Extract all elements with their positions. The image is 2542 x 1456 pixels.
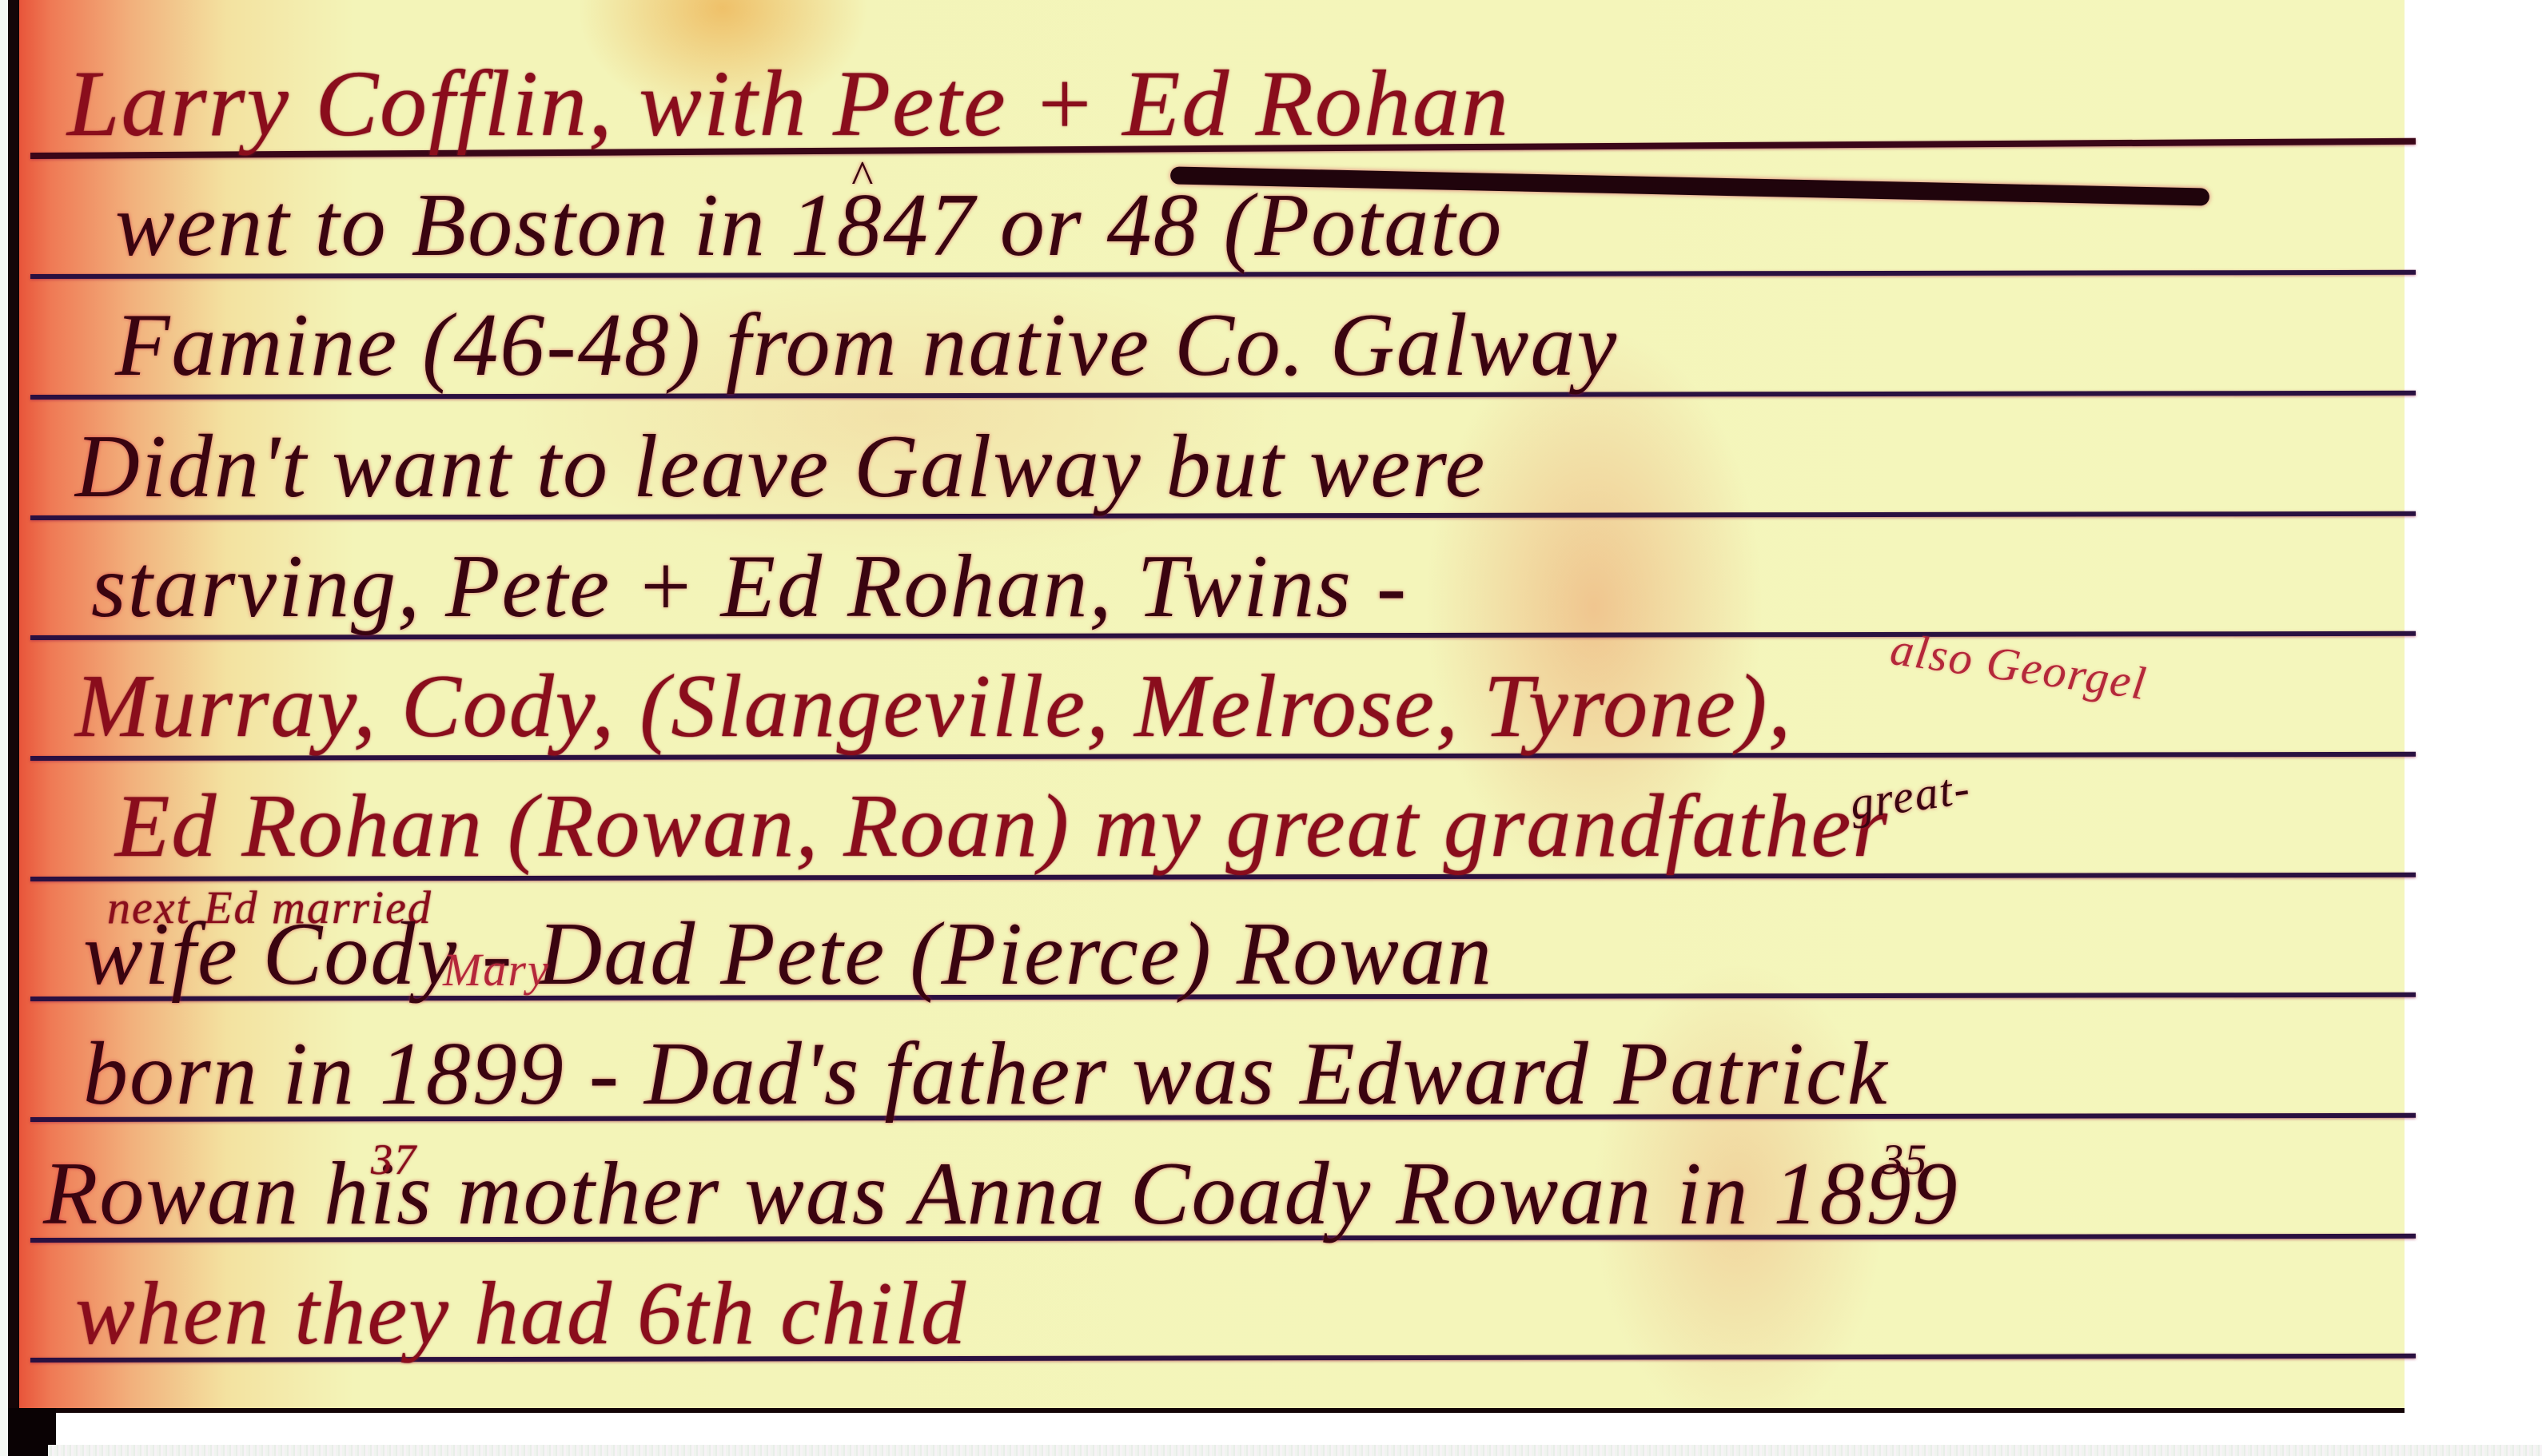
handwritten-line-1: went to Boston in 1847 or 48 (Potato — [115, 174, 1503, 277]
annotation-mary: Mary — [443, 943, 550, 997]
annotation-great-insert: great- — [1847, 761, 1974, 830]
annotation-age-mother: 35 — [1882, 1135, 1928, 1184]
index-card: Larry Cofflin, with Pete + Ed Rohan ^ we… — [8, 0, 2405, 1413]
handwritten-line-8: born in 1899 - Dad's father was Edward P… — [83, 1023, 1888, 1126]
handwritten-line-4: starving, Pete + Ed Rohan, Twins - — [91, 535, 1408, 638]
handwritten-title: Larry Cofflin, with Pete + Ed Rohan — [67, 50, 1510, 158]
handwritten-line-3: Didn't want to leave Galway but were — [75, 416, 1486, 519]
handwritten-line-2: Famine (46-48) from native Co. Galway — [115, 294, 1618, 397]
handwritten-line-9: Rowan his mother was Anna Coady Rowan in… — [43, 1143, 1958, 1246]
handwritten-line-6: Ed Rohan (Rowan, Roan) my great grandfat… — [115, 775, 1889, 878]
scan-left-margin — [0, 0, 8, 1456]
handwritten-line-5: Murray, Cody, (Slangeville, Melrose, Tyr… — [75, 655, 1792, 758]
handwritten-line-10: when they had 6th child — [75, 1263, 967, 1366]
handwritten-line-7: wife Cody - Dad Pete (Pierce) Rowan — [83, 903, 1493, 1006]
annotation-age-father: 37 — [371, 1135, 417, 1184]
scan-noise-strip — [48, 1445, 2542, 1456]
